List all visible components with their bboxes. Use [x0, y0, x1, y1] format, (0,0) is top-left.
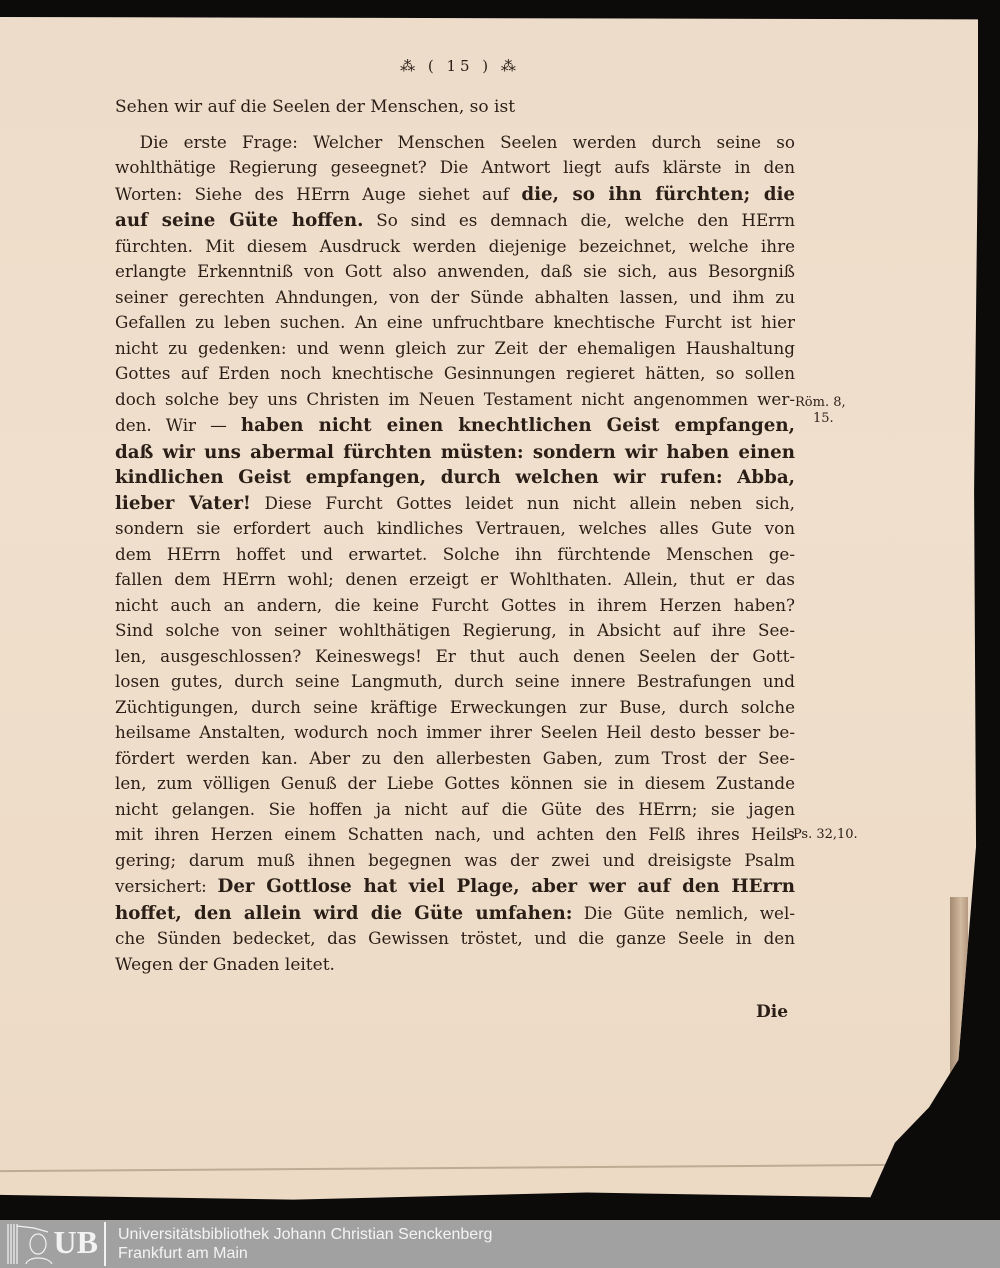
emphasis-text: Der Gottlose hat viel Plage, aber wer au…	[218, 876, 795, 897]
text-line: daß wir uns abermal fürchten müsten: son…	[115, 440, 795, 466]
library-footer: UB Universitätsbibliothek Johann Christi…	[0, 1220, 1000, 1268]
text-line: sondern sie erfordert auch kindliches Ve…	[115, 517, 795, 543]
text-line: doch solche bey uns Christen im Neuen Te…	[115, 388, 795, 414]
page-body: ⁂ ( 15 ) ⁂ Sehen wir auf die Seelen der …	[115, 57, 805, 978]
text-line: Sind solche von seiner wohlthätigen Regi…	[115, 619, 795, 645]
text-line: gering; darum muß ihnen begegnen was der…	[115, 849, 795, 875]
text-line: losen gutes, durch seine Langmuth, durch…	[115, 670, 795, 696]
ub-logo: UB	[4, 1222, 106, 1266]
text-line: versichert: Der Gottlose hat viel Plage,…	[115, 874, 795, 901]
text-line: dem HErrn hoffet und erwartet. Solche ih…	[115, 543, 795, 569]
text-line: erlangte Erkenntniß von Gott also anwend…	[115, 260, 795, 286]
text-line: Gottes auf Erden noch knechtische Gesinn…	[115, 362, 795, 388]
text-line: fallen dem HErrn wohl; denen erzeigt er …	[115, 568, 795, 594]
emphasis-text: haben nicht einen knechtlichen Geist emp…	[241, 415, 795, 436]
text-line: heilsame Anstalten, wodurch noch immer i…	[115, 721, 795, 747]
library-name-line1: Universitätsbibliothek Johann Christian …	[118, 1225, 492, 1244]
page-number-header: ⁂ ( 15 ) ⁂	[235, 57, 685, 75]
text-line: len, zum völligen Genuß der Liebe Gottes…	[115, 772, 795, 798]
text-line: nicht zu gedenken: und wenn gleich zur Z…	[115, 337, 795, 363]
text-line: Züchtigungen, durch seine kräftige Erwec…	[115, 696, 795, 722]
text-line: Worten: Siehe des HErrn Auge siehet auf …	[115, 182, 795, 209]
text-line: nicht gelangen. Sie hoffen ja nicht auf …	[115, 798, 795, 824]
text-line: auf seine Güte hoffen. So sind es demnac…	[115, 208, 795, 235]
page-fold-crease	[0, 1164, 900, 1172]
text-line: nicht auch an andern, die keine Furcht G…	[115, 594, 795, 620]
text-line: seiner gerechten Ahndungen, von der Sünd…	[115, 286, 795, 312]
library-name: Universitätsbibliothek Johann Christian …	[118, 1225, 492, 1263]
text-line: fürchten. Mit diesem Ausdruck werden die…	[115, 235, 795, 261]
library-name-line2: Frankfurt am Main	[118, 1244, 492, 1263]
margin-note-psalm: Ps. 32,10.	[793, 827, 858, 843]
catchword: Die	[756, 1002, 788, 1022]
ub-logo-text: UB	[54, 1224, 98, 1261]
text-line: kindlichen Geist empfangen, durch welche…	[115, 465, 795, 491]
emphasis-text: auf seine Güte hoffen.	[115, 210, 363, 231]
scanned-page: ⁂ ( 15 ) ⁂ Sehen wir auf die Seelen der …	[0, 17, 978, 1202]
emphasis-text: die, so ihn fürchten; die	[521, 184, 795, 205]
page-torn-edge	[950, 897, 968, 1177]
text-line: hoffet, den allein wird die Güte umfahen…	[115, 901, 795, 928]
text-line: Gefallen zu leben suchen. An eine unfruc…	[115, 311, 795, 337]
document-viewer: ⁂ ( 15 ) ⁂ Sehen wir auf die Seelen der …	[0, 0, 1000, 1268]
text-line: che Sünden bedecket, das Gewissen tröste…	[115, 927, 795, 953]
text-line: den. Wir — haben nicht einen knechtliche…	[115, 413, 795, 440]
emphasis-text: hoffet, den allein wird die Güte umfahen…	[115, 903, 572, 924]
text-line: fördert werden kan. Aber zu den allerbes…	[115, 747, 795, 773]
text-line: wohlthätige Regierung geseegnet? Die Ant…	[115, 156, 795, 182]
intro-line: Sehen wir auf die Seelen der Menschen, s…	[115, 95, 805, 121]
text-line: lieber Vater! Diese Furcht Gottes leidet…	[115, 491, 795, 518]
text-line: mit ihren Herzen einem Schatten nach, un…	[115, 823, 795, 849]
text-line: Wegen der Gnaden leitet.	[115, 953, 805, 979]
emphasis-text: lieber Vater!	[115, 493, 251, 514]
margin-note-rom: Röm. 8, 15.	[795, 395, 846, 427]
text-line: len, ausgeschlossen? Keineswegs! Er thut…	[115, 645, 795, 671]
text-line: Die erste Frage: Welcher Menschen Seelen…	[115, 131, 795, 157]
